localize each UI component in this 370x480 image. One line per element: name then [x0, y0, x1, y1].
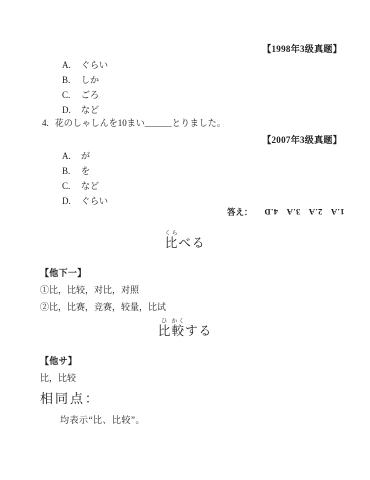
option-row: B.しか: [62, 73, 108, 88]
furigana: ひ: [158, 319, 172, 325]
option-row: C.など: [62, 179, 108, 194]
option-label: D.: [62, 194, 75, 209]
ruby-base: 較: [171, 324, 185, 338]
option-row: B.を: [62, 164, 108, 179]
option-row: A.が: [62, 149, 108, 164]
exam-tag-1998: 【1998年3级真题】: [262, 42, 342, 55]
option-text: など: [81, 181, 99, 191]
option-label: A.: [62, 149, 75, 164]
summary-heading: 相同点：: [40, 388, 100, 407]
sense-line: 比，比较: [40, 370, 77, 387]
entry-kuraberu-body: 【他下一】 ①比，比较，对比，对照 ②比，比赛，竞赛，较量，比试: [40, 265, 166, 316]
option-text: など: [81, 105, 99, 115]
document-page: 【1998年3级真题】 A.ぐらい B.しか C.ごろ D.など 4.花のしゃし…: [0, 0, 370, 480]
sense-line: ①比，比较，对比，对照: [40, 282, 166, 299]
sense-line: ②比，比赛，竞赛，较量，比试: [40, 299, 166, 316]
headword-suffix: する: [185, 324, 212, 338]
exam-tag-2007: 【2007年3级真题】: [262, 133, 342, 146]
option-label: A.: [62, 58, 75, 73]
ruby-base: 比: [158, 324, 172, 338]
furigana: くら: [165, 231, 179, 237]
headword-suffix: べる: [178, 236, 205, 250]
options-list-q4: A.が B.を C.など D.ぐらい: [62, 149, 108, 209]
headword-kuraberu: 比くらべる: [0, 231, 370, 251]
ruby-base: 比: [165, 236, 179, 250]
answer-label: 答え：: [227, 207, 253, 217]
options-list-q3: A.ぐらい B.しか C.ごろ D.など: [62, 58, 108, 118]
option-label: C.: [62, 88, 75, 103]
option-text: ぐらい: [81, 196, 108, 206]
option-row: D.ぐらい: [62, 194, 108, 209]
option-row: A.ぐらい: [62, 58, 108, 73]
furigana: かく: [171, 319, 185, 325]
question-text-after: とりました。: [172, 118, 226, 128]
option-row: C.ごろ: [62, 88, 108, 103]
pos-tag: 【他サ】: [40, 353, 77, 370]
option-text: を: [81, 166, 90, 176]
option-text: しか: [81, 75, 99, 85]
option-label: B.: [62, 164, 75, 179]
option-label: C.: [62, 179, 75, 194]
question-number: 4.: [42, 118, 49, 128]
option-label: B.: [62, 73, 75, 88]
option-text: ぐらい: [81, 60, 108, 70]
question-text-before: 花のしゃしんを10まい: [55, 118, 145, 128]
entry-hikaku-body: 【他サ】 比，比较: [40, 353, 77, 387]
answer-values-flipped: 1.A 2.A 3.A 4.D: [264, 207, 345, 217]
question-4-line: 4.花のしゃしんを10まい______とりました。: [42, 116, 226, 129]
question-blank: ______: [145, 118, 172, 128]
headword-hikaku: 比ひ較かくする: [0, 319, 370, 339]
answer-line: 答え：1.A 2.A 3.A 4.D: [227, 206, 345, 218]
option-text: が: [81, 151, 90, 161]
option-text: ごろ: [81, 90, 99, 100]
pos-tag: 【他下一】: [40, 265, 166, 282]
summary-text: 均表示“比、比较”。: [60, 413, 145, 426]
